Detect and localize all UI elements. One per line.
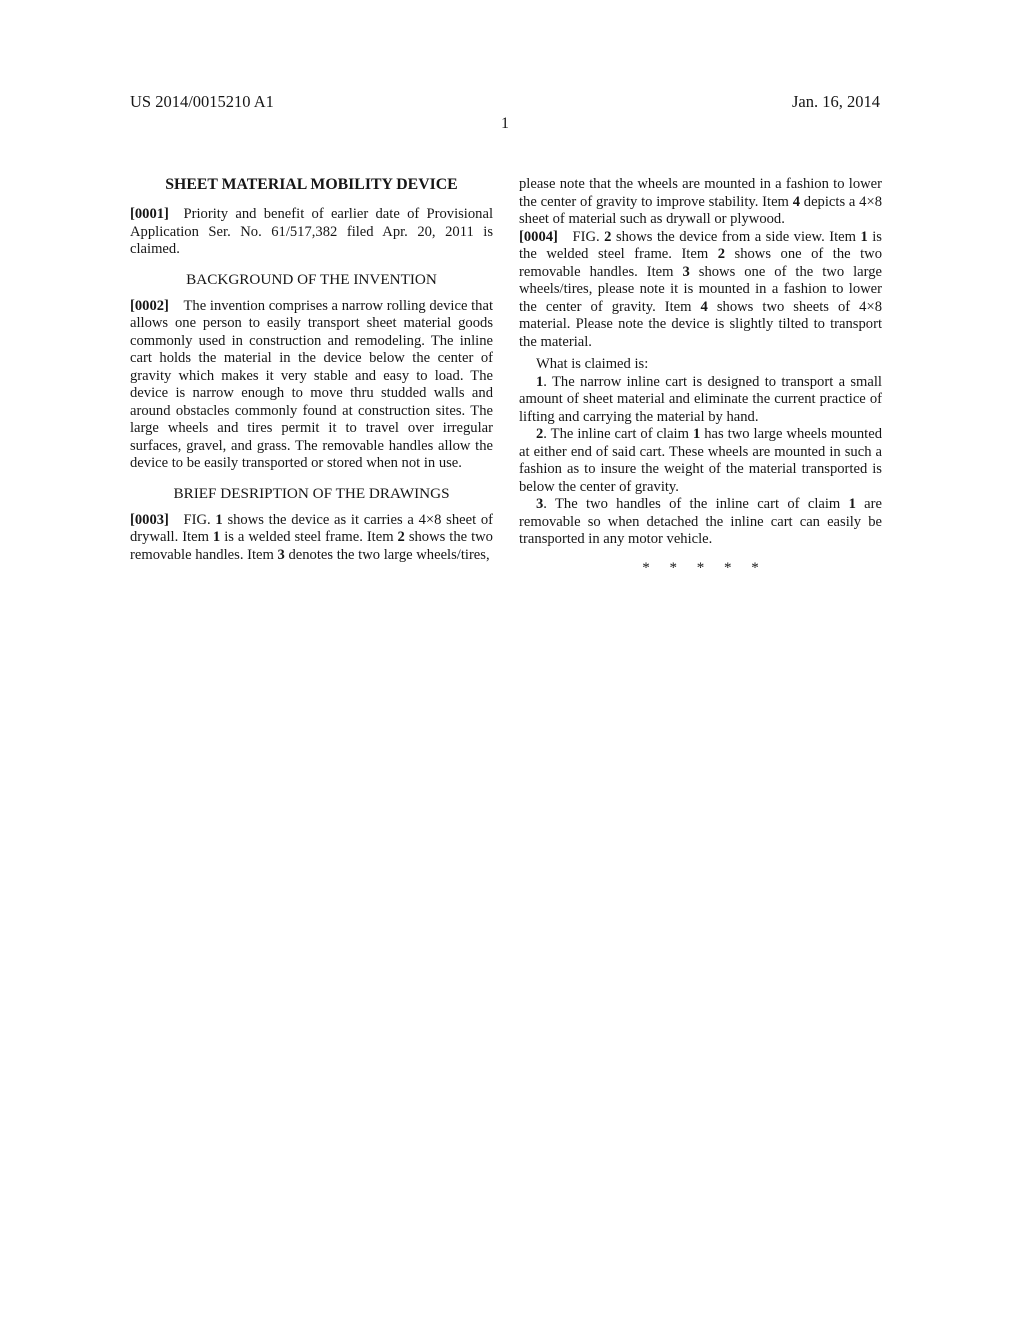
paragraph-0001: [0001] Priority and benefit of earlier d… bbox=[130, 206, 493, 259]
claim-3: 3. The two handles of the inline cart of… bbox=[519, 496, 882, 549]
claims-intro: What is claimed is: bbox=[519, 356, 882, 374]
left-column: SHEET MATERIAL MOBILITY DEVICE [0001] Pr… bbox=[130, 176, 493, 577]
paragraph-0003-continued: please note that the wheels are mounted … bbox=[519, 176, 882, 229]
invention-title: SHEET MATERIAL MOBILITY DEVICE bbox=[130, 176, 493, 194]
paragraph-0003: [0003] FIG. 1 shows the device as it car… bbox=[130, 512, 493, 565]
paragraph-0004: [0004] FIG. 2 shows the device from a si… bbox=[519, 229, 882, 352]
right-column: please note that the wheels are mounted … bbox=[519, 176, 882, 577]
claim-1: 1. The narrow inline cart is designed to… bbox=[519, 374, 882, 427]
background-section-heading: BACKGROUND OF THE INVENTION bbox=[130, 271, 493, 289]
page-number: 1 bbox=[130, 115, 880, 133]
paragraph-0002: [0002] The invention comprises a narrow … bbox=[130, 298, 493, 473]
claim-2: 2. The inline cart of claim 1 has two la… bbox=[519, 426, 882, 496]
patent-publication-number: US 2014/0015210 A1 bbox=[130, 92, 274, 111]
end-of-claims-marker: * * * * * bbox=[519, 560, 882, 577]
two-column-body: SHEET MATERIAL MOBILITY DEVICE [0001] Pr… bbox=[130, 176, 882, 577]
page-header: US 2014/0015210 A1 Jan. 16, 2014 bbox=[130, 92, 880, 111]
drawings-section-heading: BRIEF DESRIPTION OF THE DRAWINGS bbox=[130, 485, 493, 503]
patent-document-page: US 2014/0015210 A1 Jan. 16, 2014 1 SHEET… bbox=[0, 0, 1024, 1320]
publication-date: Jan. 16, 2014 bbox=[792, 92, 880, 111]
